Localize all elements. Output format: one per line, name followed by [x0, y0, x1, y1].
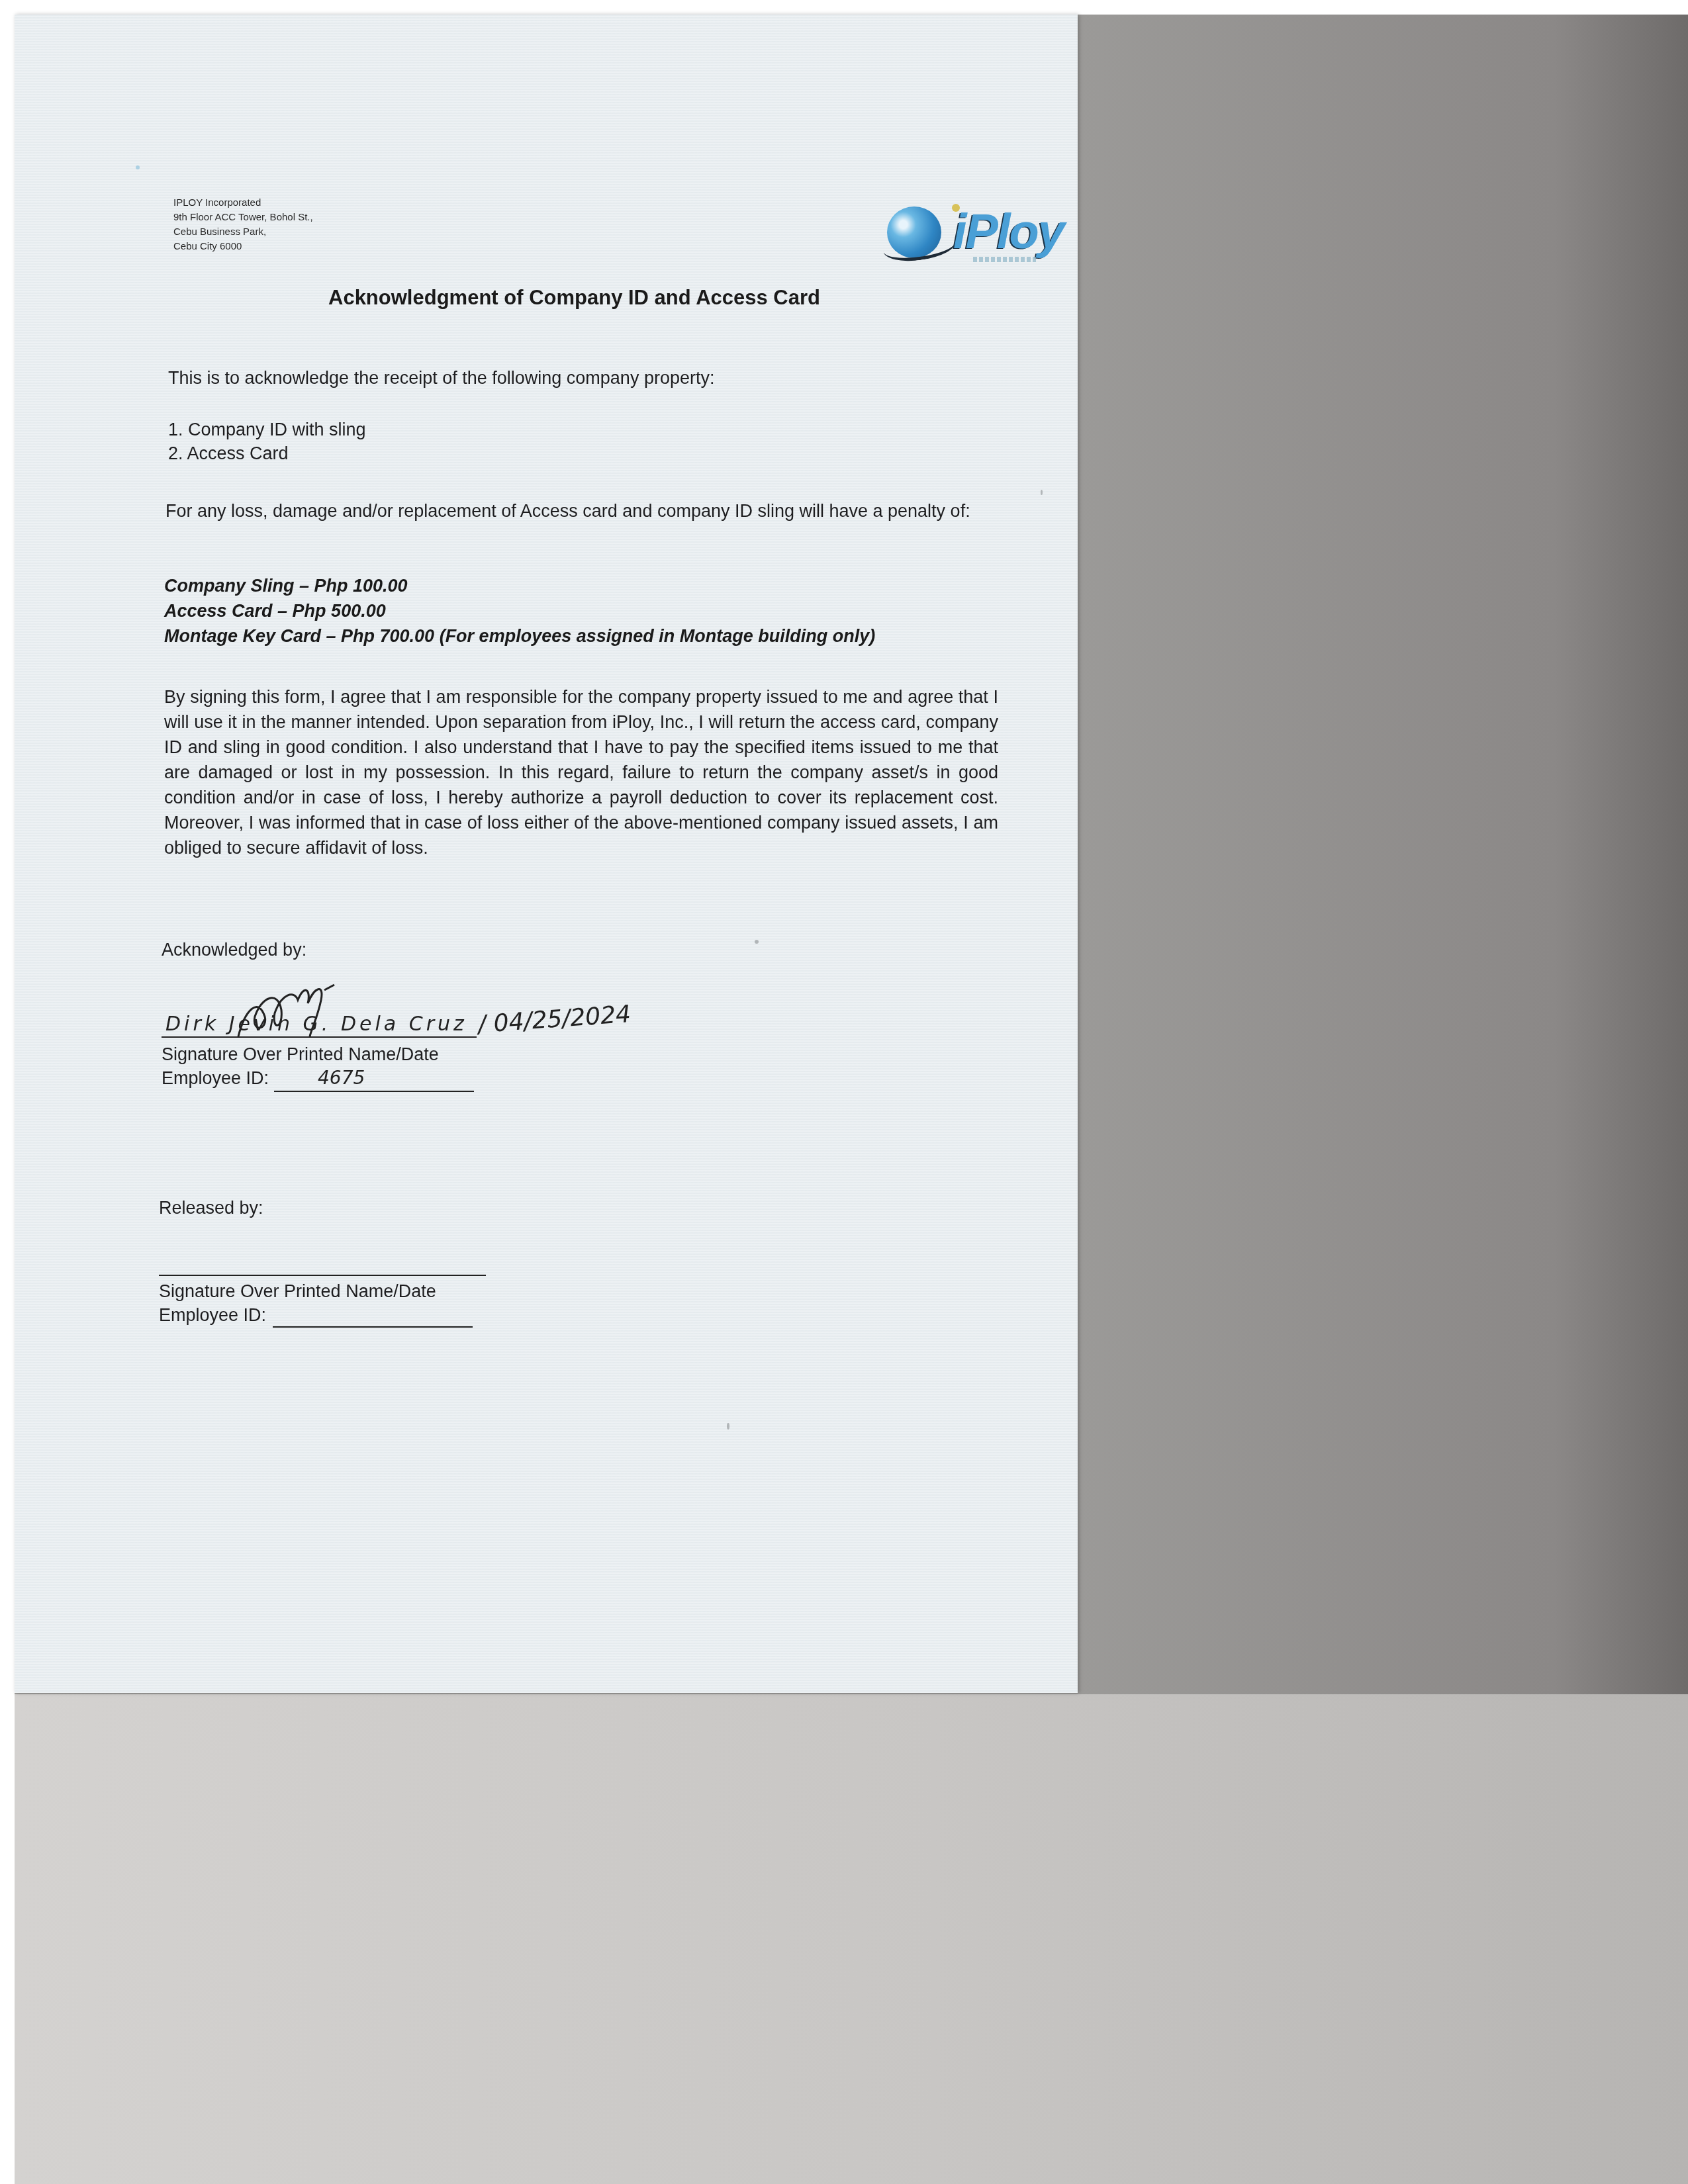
penalty-intro: For any loss, damage and/or replacement …	[165, 499, 1000, 523]
acknowledged-by-label: Acknowledged by:	[162, 940, 306, 960]
property-item: 2. Access Card	[168, 443, 289, 464]
company-logo: iPloy	[880, 199, 1053, 271]
employee-id-value: 4675	[318, 1067, 365, 1089]
fee-line: Company Sling – Php 100.00	[164, 573, 875, 598]
logo-tagline	[973, 257, 1036, 262]
document-title: Acknowledgment of Company ID and Access …	[328, 286, 820, 310]
intro-text: This is to acknowledge the receipt of th…	[168, 368, 714, 388]
logo-wordmark: iPloy	[953, 205, 1064, 258]
employee-id-line	[273, 1326, 473, 1328]
scanner-background-lower	[15, 1694, 1688, 2184]
scan-speck	[727, 1423, 729, 1430]
fee-line: Montage Key Card – Php 700.00 (For emplo…	[164, 623, 875, 649]
company-address: IPLOY Incorporated 9th Floor ACC Tower, …	[173, 196, 313, 254]
signature-line	[159, 1275, 486, 1276]
signature-line	[162, 1036, 477, 1038]
scan-speck	[755, 940, 759, 944]
employee-id-label: Employee ID:	[159, 1305, 266, 1326]
address-line: IPLOY Incorporated	[173, 196, 313, 210]
property-item: 1. Company ID with sling	[168, 420, 366, 440]
printed-name: Dirk Jevin G. Dela Cruz	[165, 1013, 467, 1036]
signature-caption: Signature Over Printed Name/Date	[159, 1281, 436, 1302]
scan-speck	[1041, 490, 1043, 495]
employee-id-label: Employee ID:	[162, 1068, 269, 1089]
signature-caption: Signature Over Printed Name/Date	[162, 1044, 439, 1065]
address-line: 9th Floor ACC Tower, Bohol St.,	[173, 210, 313, 225]
employee-id-line	[274, 1091, 474, 1092]
address-line: Cebu Business Park,	[173, 225, 313, 240]
fee-line: Access Card – Php 500.00	[164, 598, 875, 623]
scan-speck	[136, 165, 140, 169]
address-line: Cebu City 6000	[173, 240, 313, 254]
agreement-paragraph: By signing this form, I agree that I am …	[164, 684, 998, 860]
released-by-label: Released by:	[159, 1198, 263, 1218]
penalty-fees: Company Sling – Php 100.00 Access Card –…	[164, 573, 875, 649]
